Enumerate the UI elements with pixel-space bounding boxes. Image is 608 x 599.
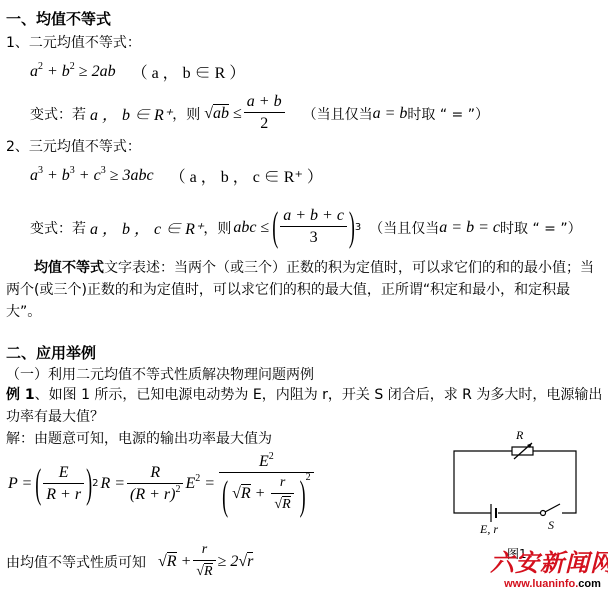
circuit-diagram: R E, r S — [440, 428, 590, 538]
variant1-condition: a ， b ∈ R⁺ — [90, 102, 172, 125]
variant2-note-end: 时取 “ = ”） — [500, 218, 582, 238]
variant1-prefix: 变式：若 — [30, 104, 86, 124]
item1-label: 1、二元均值不等式： — [6, 32, 141, 52]
variant2-note: （当且仅当 — [369, 218, 439, 238]
variant1-note: （当且仅当 — [303, 104, 373, 124]
variant2-then: ，则 — [203, 218, 231, 238]
variant2-prefix: 变式：若 — [30, 218, 86, 238]
fraction-a-plus-b-over-2: a + b2 — [244, 92, 285, 135]
watermark-name: 六安新闻网 — [490, 543, 608, 578]
example1-text: 、如图 1 所示，已知电源电动势为 E，内阻为 r，开关 S 闭合后，求 R 为… — [6, 387, 602, 425]
variant1-then: ，则 — [172, 104, 200, 124]
battery-label: E, r — [480, 522, 498, 537]
formula2-condition: （ a ， b ， c ∈ R⁺ ） — [170, 164, 323, 187]
variant1-note-end: 时取 “ = ”） — [407, 104, 489, 124]
formula-ternary-mean-inequality: a3 + b3 + c3 ≥ 3abc （ a ， b ， c ∈ R⁺ ） — [30, 164, 323, 187]
example1-label: 例 1 — [6, 387, 35, 403]
section-heading-application: 二、应用举例 — [6, 342, 96, 363]
item2-label: 2、三元均值不等式： — [6, 136, 141, 156]
fraction-a-b-c-over-3: a + b + c3 — [280, 206, 347, 249]
section-heading-mean-inequality: 一、均值不等式 — [6, 8, 111, 29]
resistor-label: R — [516, 428, 523, 443]
example1-paragraph: 例 1、如图 1 所示，已知电源电动势为 E，内阻为 r，开关 S 闭合后，求 … — [6, 384, 604, 428]
formula1-condition: （ a ， b ∈ R ） — [132, 60, 246, 83]
solution-intro: 解：由题意可知，电源的输出功率最大值为 — [6, 428, 272, 448]
conclusion-text: 由均值不等式性质可知 — [6, 552, 146, 572]
variant-binary: 变式：若 a ， b ∈ R⁺ ，则 √ab ≤ a + b2 （当且仅当 a … — [30, 92, 489, 135]
conclusion-line: 由均值不等式性质可知 √R + r√R ≥ 2√r — [6, 540, 253, 583]
variant1-note-eq: a = b — [373, 105, 408, 123]
variant-ternary: 变式：若 a ， b ， c ∈ R⁺ ，则 abc ≤ ( a + b + c… — [30, 206, 582, 249]
watermark-url: www.luaninfo.com — [490, 578, 608, 590]
variant2-condition: a ， b ， c ∈ R⁺ — [90, 216, 203, 239]
watermark: 六安新闻网 www.luaninfo.com — [490, 543, 608, 590]
formula-output-power: P = ( ER + r )2 R = R(R + r)2 E2 = E2 ( … — [8, 452, 316, 516]
switch-label: S — [548, 518, 554, 533]
summary-bold-term: 均值不等式 — [34, 260, 104, 276]
formula-binary-mean-inequality: a2 + b2 ≥ 2ab （ a ， b ∈ R ） — [30, 60, 245, 83]
variant2-note-eq: a = b = c — [439, 219, 500, 237]
summary-paragraph: 均值不等式文字表述：当两个（或三个）正数的积为定值时，可以求它们的和的最小值；当… — [6, 257, 604, 323]
subheading-two-examples: （一）利用二元均值不等式性质解决物理问题两例 — [6, 364, 314, 384]
